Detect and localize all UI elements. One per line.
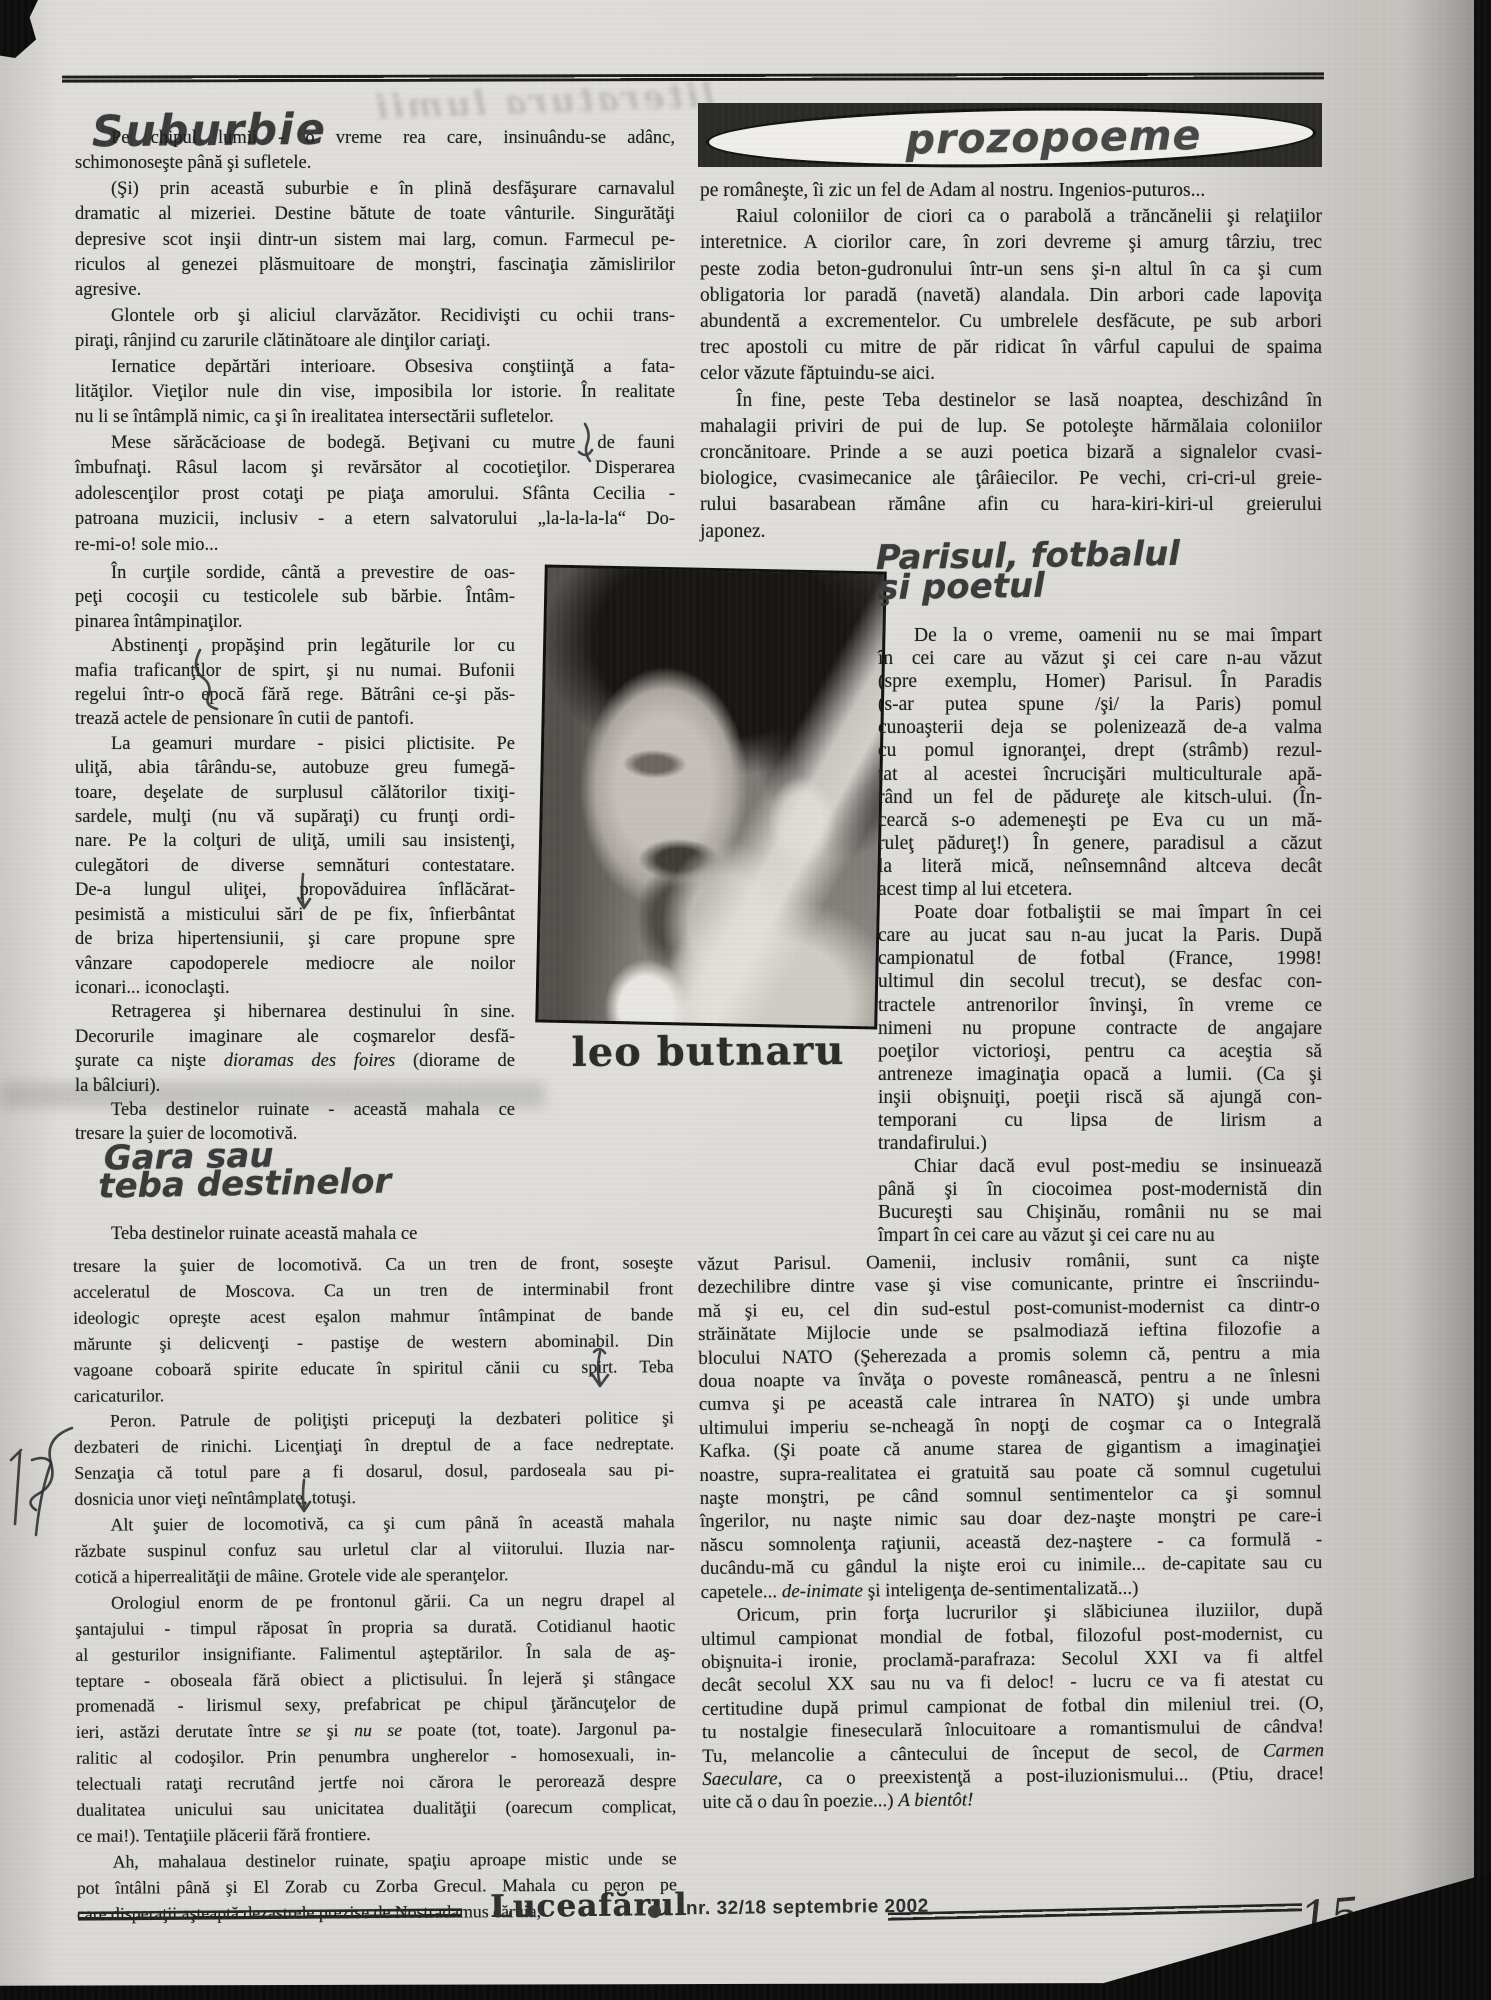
article-title-gara: Gara sau teba destinelor [103, 1137, 391, 1202]
suburbie-text-wide: Pe chipul lumii - o vreme rea care, insi… [75, 126, 675, 558]
prozopoeme-banner: prozopoeme [698, 103, 1322, 167]
banner-ellipse: prozopoeme [706, 103, 1317, 172]
gara-lead-line: Teba destinelor ruinate această mahala c… [75, 1222, 515, 1247]
scan-edge-right [1474, 0, 1491, 2000]
prozopoeme-text-column: pe româneşte, îi zic un fel de Adam al n… [700, 178, 1322, 545]
suburbie-text-narrow: În curţile sordide, cântă a prevestire d… [75, 561, 515, 1147]
handwritten-margin-17-stroke1 [11, 1450, 21, 1524]
parisul-text-narrow: De la o vreme, oamenii nu se mai împartî… [878, 624, 1322, 1248]
article-title-gara-line2: teba destinelor [98, 1165, 392, 1202]
leo-butnaru-photo [535, 564, 887, 1029]
photo-caption: leo butnaru [540, 1027, 876, 1076]
parisul-text-wide: văzut Parisul. Oamenii, inclusiv românii… [697, 1247, 1324, 1815]
newspaper-page: literatura lumii Suburbie Pe chipul lumi… [0, 0, 1491, 2000]
handwritten-margin-curl [30, 1428, 72, 1510]
scan-edge-shadow [1404, 0, 1474, 2000]
footer-bullet-icon [648, 1905, 661, 1918]
gara-text-wide: tresare la şuier de locomotivă. Ca un tr… [73, 1250, 677, 1927]
footer-rule-right [888, 1903, 1302, 1920]
handwritten-margin-17-stroke2 [32, 1458, 51, 1535]
banner-label: prozopoeme [709, 109, 1314, 166]
scan-corner-artifact [0, 0, 38, 58]
article-title-parisul: Parisul, fotbalul şi poetul [876, 538, 1181, 605]
